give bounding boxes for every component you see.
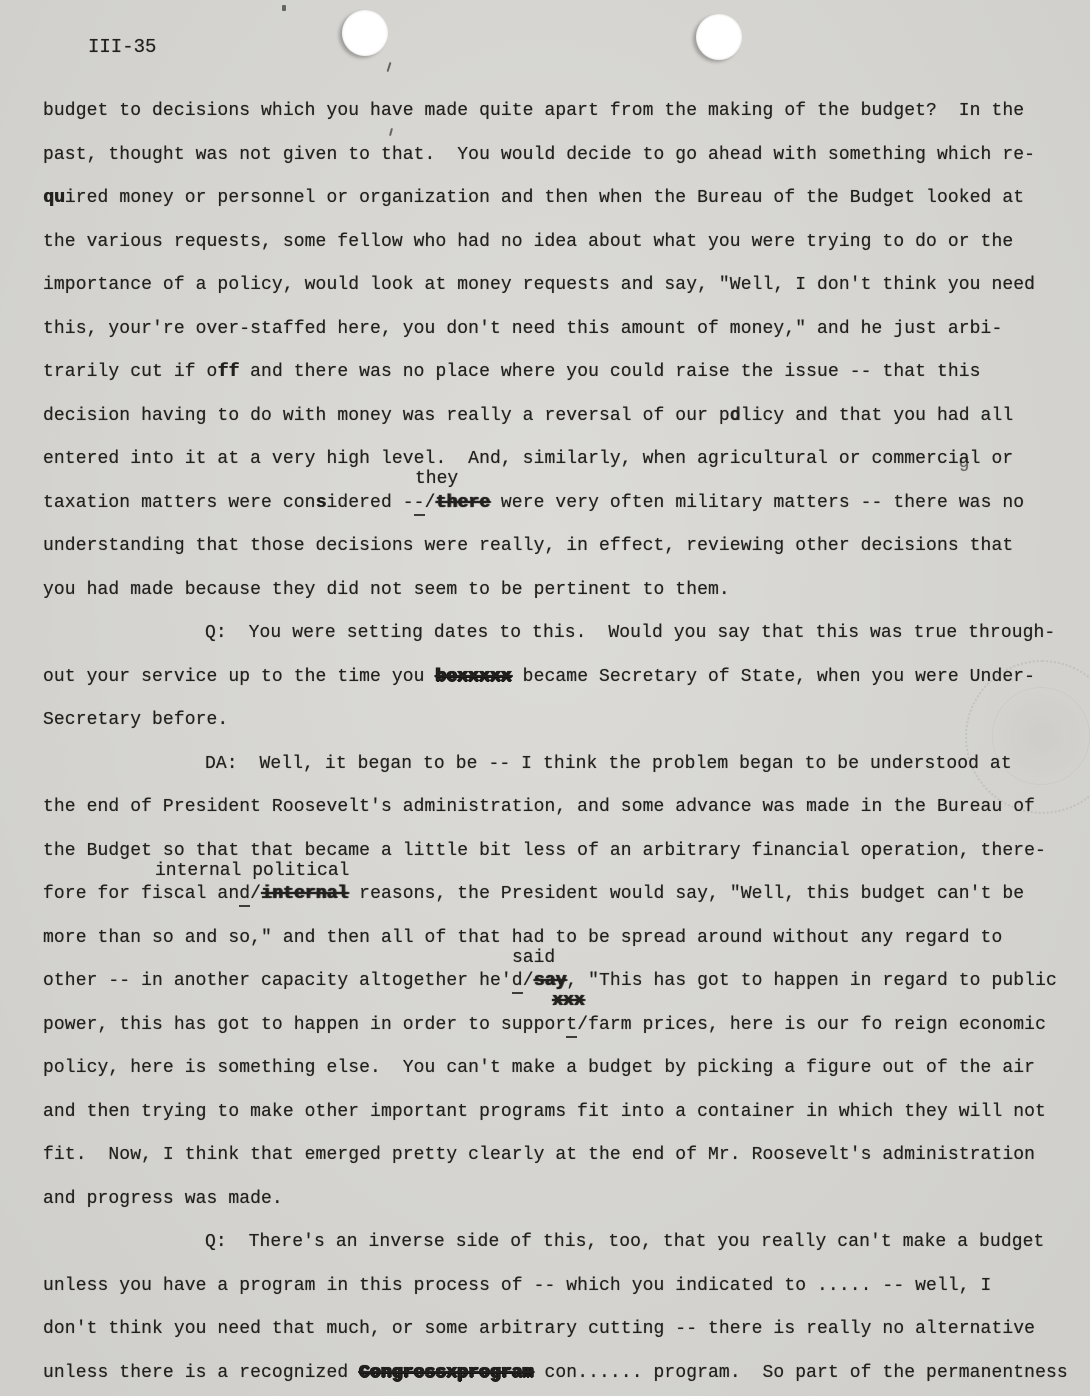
struck-out-text: there [435,493,490,513]
text-line: quired money or personnel or organizatio… [43,187,1024,209]
text-line: this, your're over-staffed here, you don… [43,318,1002,340]
struck-out-text: bexxxxx [435,667,511,687]
corrected-text: qu [43,188,65,208]
text-line: don't think you need that much, or some … [43,1318,1035,1340]
corrected-text: - [414,493,425,516]
text-line: fore for fiscal and/internal reasons, th… [43,883,1024,905]
corrected-text: d [512,971,523,994]
text-line: the Budget so that that became a little … [43,840,1046,862]
page-number: III-35 [88,36,156,58]
struck-out-text: say [534,971,567,991]
text-line: more than so and so," and then all of th… [43,927,1002,949]
interlinear-insertion: said [512,948,555,968]
text-line: unless there is a recognized Congressxpr… [43,1362,1068,1384]
hole-punch-right [696,14,742,60]
text-line: the end of President Roosevelt's adminis… [43,796,1035,818]
corrected-text: d [239,884,250,907]
interlinear-insertion: xxx [552,991,584,1011]
struck-out-text: Congressxprogram [359,1363,533,1383]
text-line: importance of a policy, would look at mo… [43,274,1035,296]
scanned-document-page: III-35 budget to decisions which you hav… [0,0,1090,1396]
text-line: policy, here is something else. You can'… [43,1057,1035,1079]
paper-speck [389,128,393,136]
paper-speck [282,5,286,11]
text-line: entered into it at a very high level. An… [43,448,1013,470]
paper-speck [387,62,392,72]
text-line: Secretary before. [43,709,228,731]
text-line: and then trying to make other important … [43,1101,1046,1123]
text-line: Q: There's an inverse side of this, too,… [205,1231,1044,1253]
text-line: decision having to do with money was rea… [43,405,1013,427]
text-line: out your service up to the time you bexx… [43,666,1035,688]
text-line: fit. Now, I think that emerged pretty cl… [43,1144,1035,1166]
text-line: Q: You were setting dates to this. Would… [205,622,1055,644]
interlinear-insertion: internal political [155,861,349,881]
text-line: taxation matters were considered --/ther… [43,492,1024,514]
text-line: past, thought was not given to that. You… [43,144,1035,166]
struck-out-text: internal [261,884,348,904]
corrected-text: s [316,493,327,513]
text-line: other -- in another capacity altogether … [43,970,1057,992]
text-line: unless you have a program in this proces… [43,1275,991,1297]
text-line: DA: Well, it began to be -- I think the … [205,753,1012,775]
corrected-text: ff [217,362,239,382]
text-line: you had made because they did not seem t… [43,579,730,601]
text-line: budget to decisions which you have made … [43,100,1024,122]
text-line: the various requests, some fellow who ha… [43,231,1013,253]
corrected-text: t [566,1015,577,1038]
text-line: trarily cut if off and there was no plac… [43,361,981,383]
interlinear-insertion: they [415,469,458,489]
text-line: power, this has got to happen in order t… [43,1014,1046,1036]
text-line: understanding that those decisions were … [43,535,1013,557]
hole-punch-left [342,10,388,56]
text-line: and progress was made. [43,1188,283,1210]
